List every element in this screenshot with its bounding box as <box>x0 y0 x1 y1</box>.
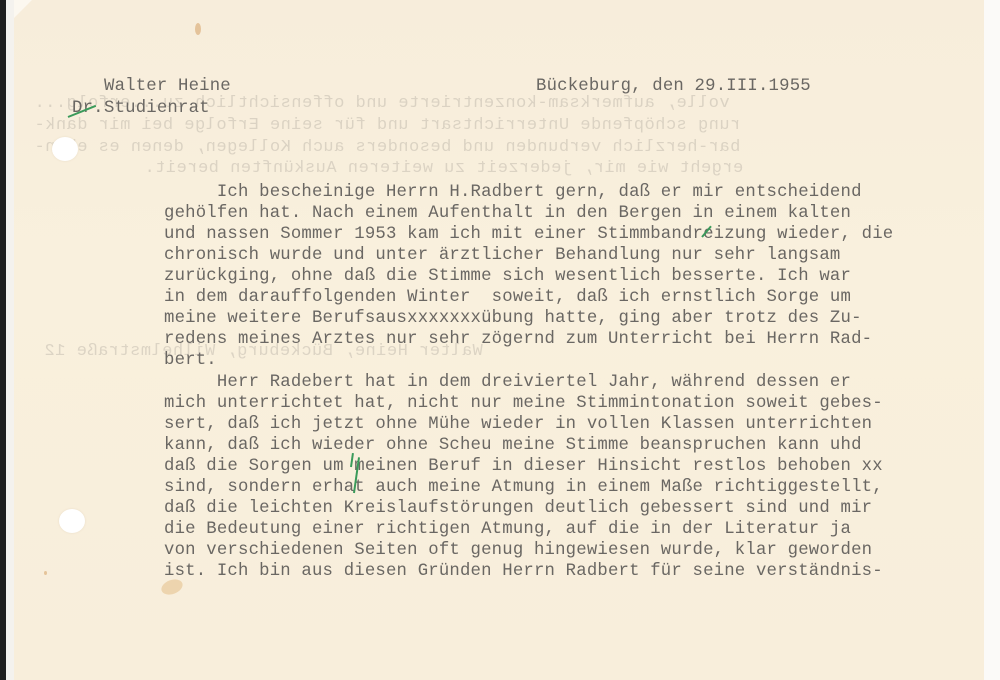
show-through-line: bar-herzlich verbunden und besonders auc… <box>34 138 740 157</box>
text-line: von verschiedenen Seiten oft genug hinge… <box>164 540 872 561</box>
scan-edge-right <box>984 0 1000 680</box>
sender-name: Walter Heine <box>104 76 231 97</box>
text-line: redens meines Arztes nur sehr zögernd zu… <box>164 329 872 350</box>
text-line: zurückging, ohne daß die Stimme sich wes… <box>164 266 851 287</box>
show-through-line: ergeht wie mir, jederzeit zu weiteren Au… <box>144 159 743 178</box>
scan-edge-strip <box>6 0 14 680</box>
text-line: ist. Ich bin aus diesen Gründen Herrn Ra… <box>164 561 883 582</box>
text-line: die Bedeutung einer richtigen Atmung, au… <box>164 519 851 540</box>
text-line: kann, daß ich wieder ohne Scheu meine St… <box>164 435 862 456</box>
text-line: Herr Radebert hat in dem dreiviertel Jah… <box>164 372 851 393</box>
paper-stain <box>44 571 47 575</box>
place-date: Bückeburg, den 29.III.1955 <box>536 76 811 97</box>
text-line: und nassen Sommer 1953 kam ich mit einer… <box>164 224 893 245</box>
text-line: chronisch wurde und unter ärztlicher Beh… <box>164 245 841 266</box>
letter-page: volle, aufmerksam-konzentrierte und offe… <box>14 0 986 680</box>
text-line: in dem darauffolgenden Winter soweit, da… <box>164 287 851 308</box>
corner-fold <box>14 0 32 18</box>
sender-title: Studienrat <box>104 98 210 119</box>
text-line: daß die leichten Kreislaufstörungen deut… <box>164 498 872 519</box>
text-line: bert. <box>164 350 217 371</box>
text-line: gehölfen hat. Nach einem Aufenthalt in d… <box>164 203 851 224</box>
punch-hole <box>52 137 78 161</box>
text-line: mich unterrichtet hat, nicht nur meine S… <box>164 393 883 414</box>
text-line: sert, daß ich jetzt ohne Mühe wieder in … <box>164 414 872 435</box>
text-line: daß die Sorgen um meinen Beruf in dieser… <box>164 456 883 477</box>
text-line: meine weitere Berufsausxxxxxxxübung hatt… <box>164 308 862 329</box>
punch-hole <box>59 509 85 533</box>
text-line: Ich bescheinige Herrn H.Radbert gern, da… <box>164 182 862 203</box>
paper-stain <box>195 23 201 35</box>
text-line: sind, sondern erhat auch meine Atmung in… <box>164 477 883 498</box>
